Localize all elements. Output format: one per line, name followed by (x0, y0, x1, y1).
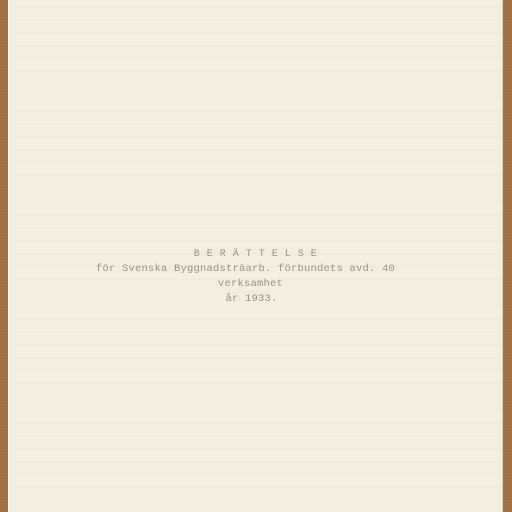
paper-page: B E R Ä T T E L S E för Svenska Byggnads… (8, 0, 503, 512)
document-title: B E R Ä T T E L S E (8, 247, 503, 262)
document-subtitle-line-1: för Svenska Byggnadsträarb. förbundets a… (0, 262, 503, 277)
document-subtitle-line-2: verksamhet (0, 277, 503, 292)
document-year-line: år 1933. (0, 292, 503, 307)
typed-heading: B E R Ä T T E L S E för Svenska Byggnads… (8, 247, 503, 307)
